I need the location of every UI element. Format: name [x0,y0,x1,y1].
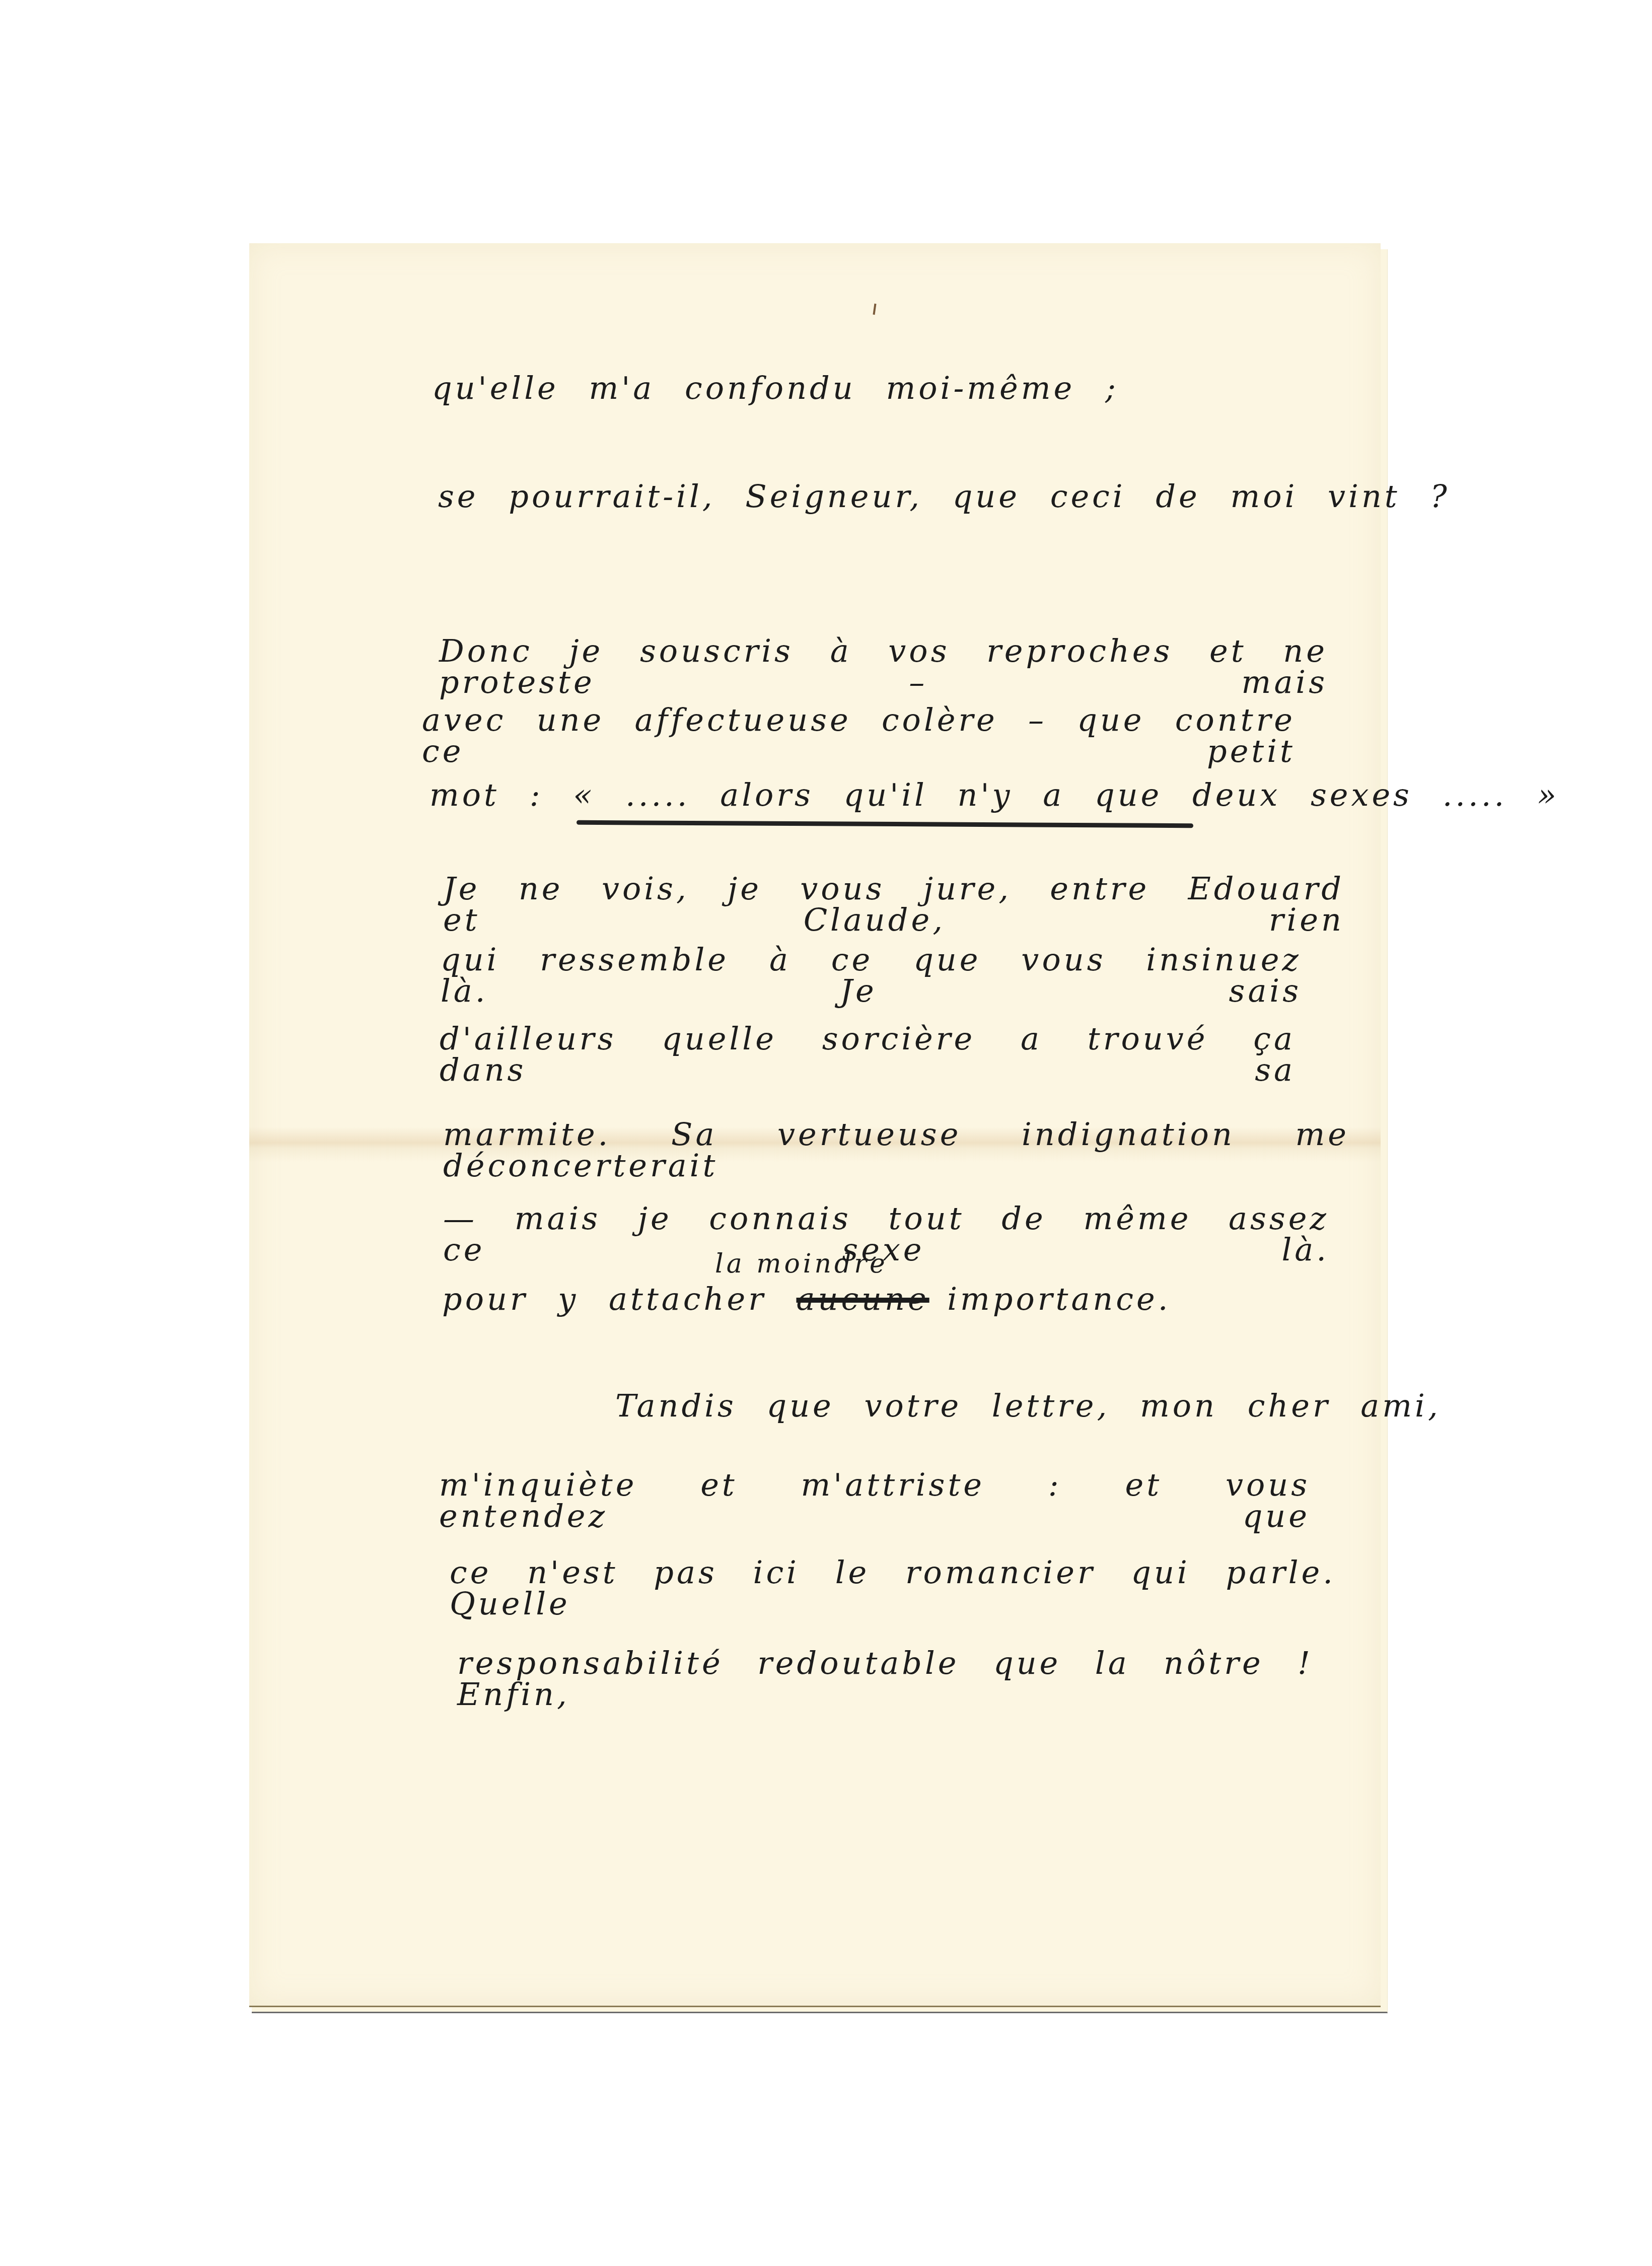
letter-line-5: mot : « ..... alors qu'il n'y a que deux… [429,780,1361,811]
letter-line-6: Je ne vois, je vous jure, entre Edouard … [443,873,1344,936]
letter-line-13: m'inquiète et m'attriste : et vous enten… [439,1469,1310,1532]
letter-line-7: qui ressemble à ce que vous insinuez là.… [441,944,1302,1007]
line11-struck-word-wrap: aucune [797,1284,917,1315]
line11-struck-word: aucune [797,1281,929,1317]
line5-trail: ..... » [1443,776,1559,813]
ink-mark [873,304,876,315]
letter-line-14: ce n'est pas ici le romancier qui parle.… [450,1557,1336,1619]
letter-line-2: se pourrait-il, Seigneur, que ceci de mo… [438,481,1254,512]
line5-underlined-quote: alors qu'il n'y a que deux sexes [720,776,1412,813]
letter-line-8: d'ailleurs quelle sorcière a trouvé ça d… [440,1023,1296,1086]
letter-line-4: avec une affectueuse colère – que contre… [422,704,1296,767]
letter-line-1: qu'elle m'a confondu moi-même ; [432,373,936,404]
letter-line-3: Donc je souscris à vos reproches et ne p… [439,635,1328,698]
letter-line-9: marmite. Sa vertueuse indignation me déc… [443,1119,1349,1181]
letter-line-15: responsabilité redoutable que la nôtre !… [457,1648,1313,1710]
line11-trail: importance. [947,1281,1171,1317]
letter-line-11: pour y attacher aucune importance. [442,1284,1171,1315]
line5-lead: mot : « ..... [429,776,690,813]
line11-insertion-above: la moindre [715,1249,888,1279]
line11-lead: pour y attacher [442,1281,766,1317]
letter-line-12: Tandis que votre lettre, mon cher ami, [615,1390,1330,1422]
